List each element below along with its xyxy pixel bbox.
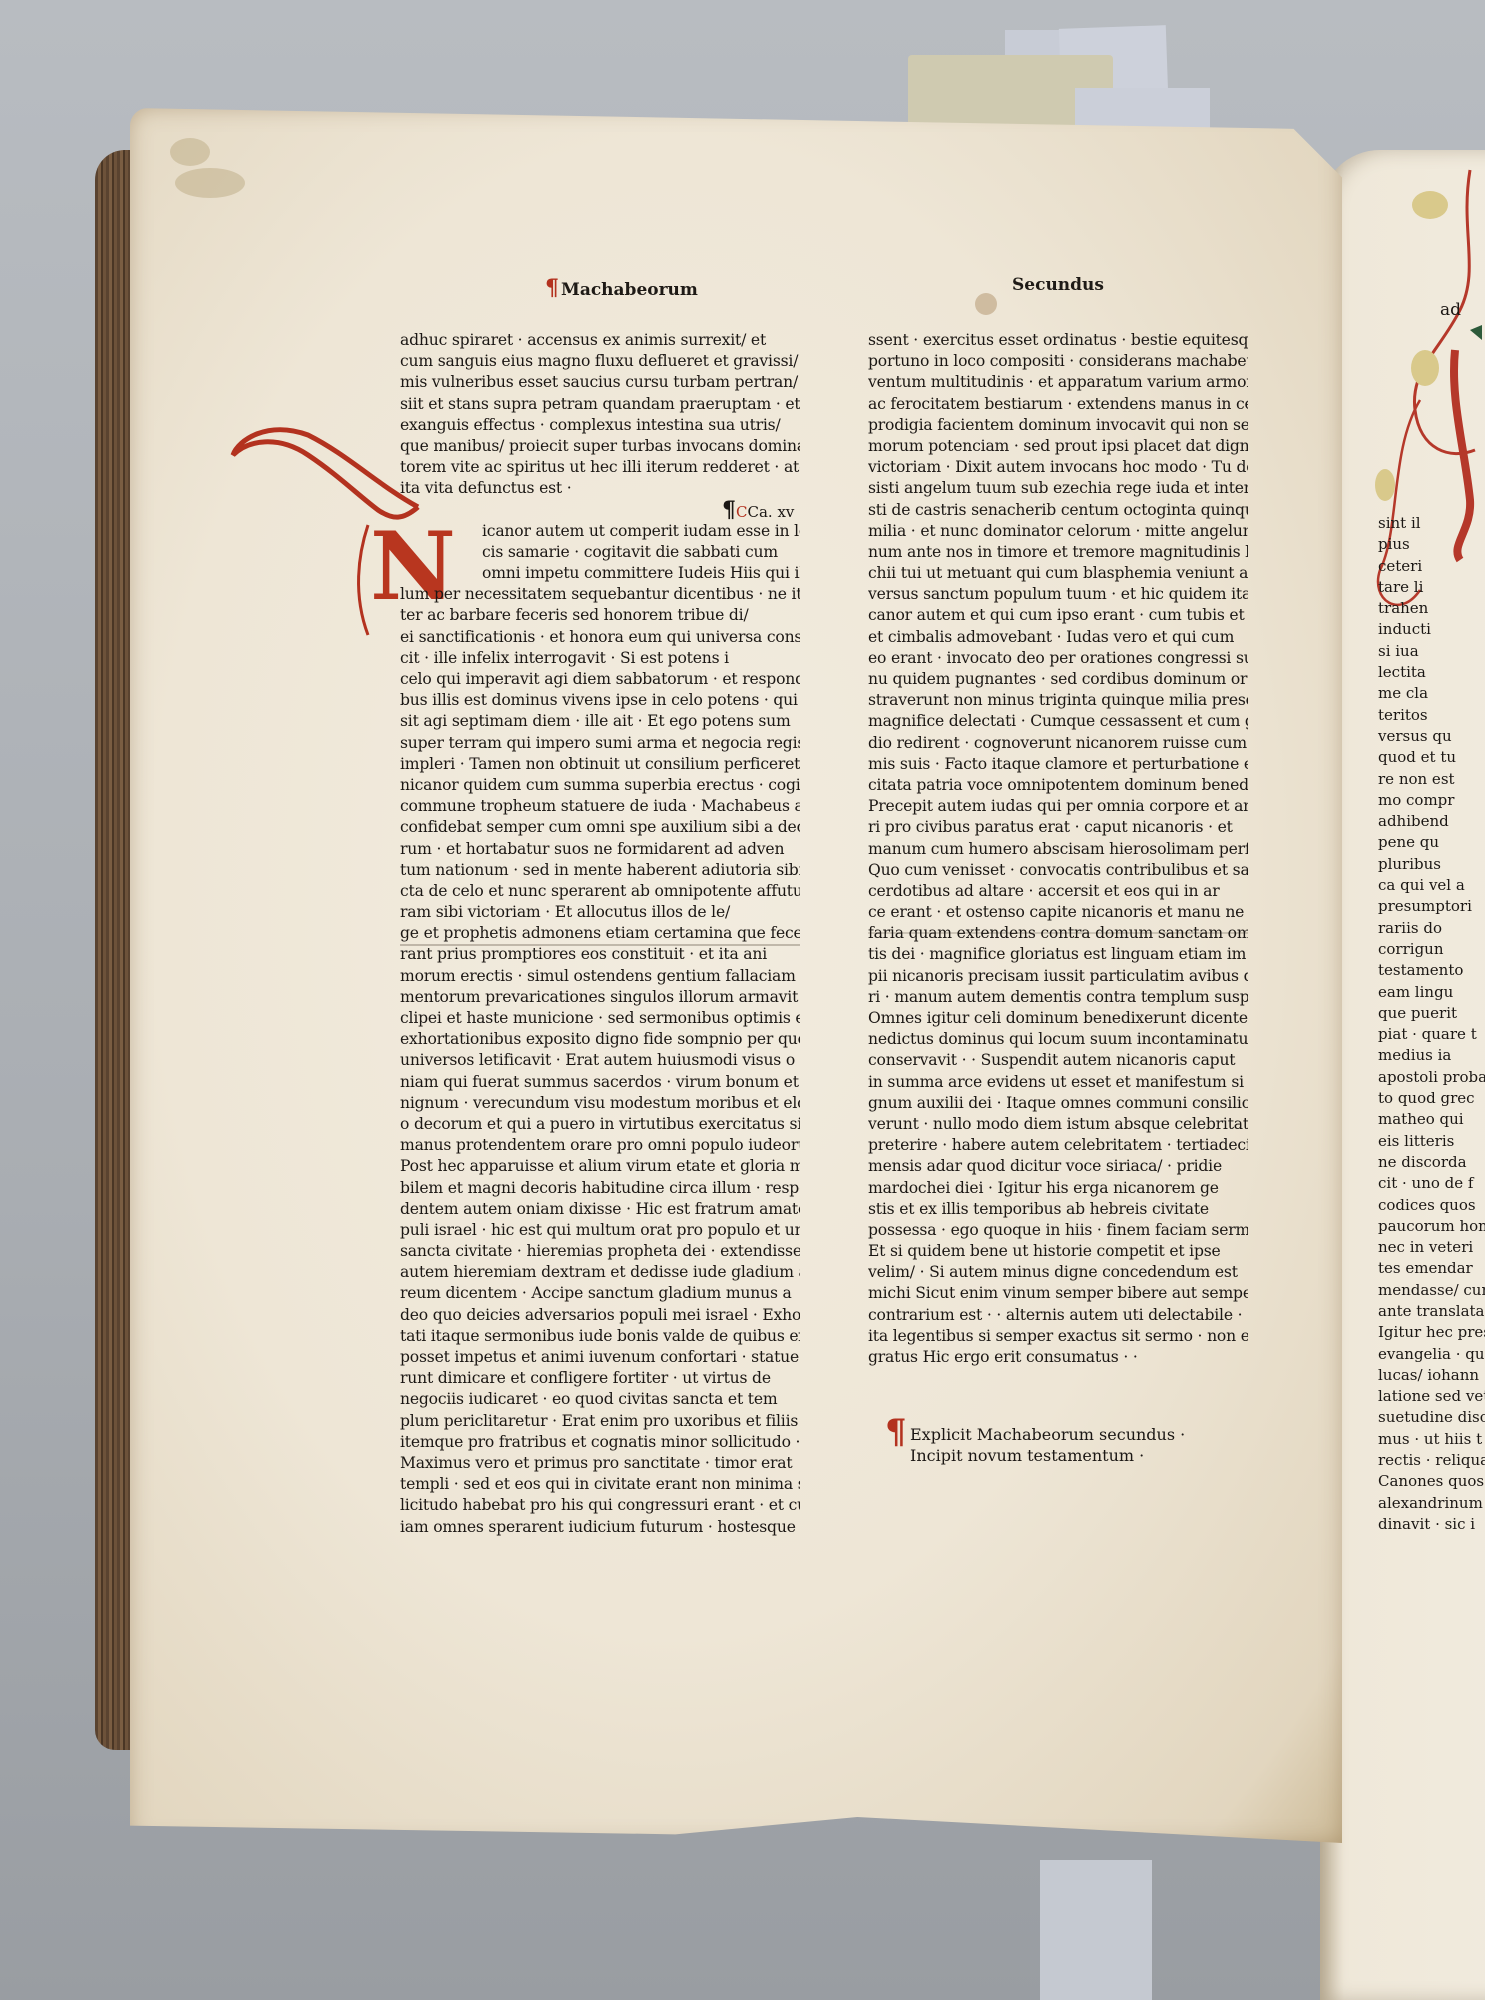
- text-line: Post hec apparuisse et alium virum etate…: [400, 1156, 800, 1177]
- text-line: nec in veteri: [1378, 1237, 1485, 1258]
- text-line: mis suis · Facto itaque clamore et pertu…: [868, 754, 1248, 775]
- text-line: runt dimicare et confligere fortiter · u…: [400, 1368, 800, 1389]
- text-line: Igitur hec presen: [1378, 1322, 1485, 1343]
- text-line: nicanor quidem cum summa superbia erectu…: [400, 775, 800, 796]
- text-line: codices quos: [1378, 1195, 1485, 1216]
- text-line: cit · ille infelix interrogavit · Si est…: [400, 648, 800, 669]
- text-line: gnum auxilii dei · Itaque omnes communi …: [868, 1093, 1248, 1114]
- text-line: rum · et hortabatur suos ne formidarent …: [400, 839, 800, 860]
- right-page-heading-fragment: ad: [1440, 300, 1461, 320]
- text-line: cerdotibus ad altare · accersit et eos q…: [868, 881, 1248, 902]
- explicit-colophon: ¶ Explicit Machabeorum secundus · Incipi…: [910, 1424, 1185, 1466]
- text-line: versus sanctum populum tuum · et hic qui…: [868, 584, 1248, 605]
- text-line: mo compr: [1378, 790, 1485, 811]
- text-line: tum nationum · sed in mente haberent adi…: [400, 860, 800, 881]
- text-line: Et si quidem bene ut historie competit e…: [868, 1241, 1248, 1262]
- stain: [175, 168, 245, 198]
- text-line: trahen: [1378, 598, 1485, 619]
- text-line: apostoli proba: [1378, 1067, 1485, 1088]
- text-line: lum per necessitatem sequebantur dicenti…: [400, 584, 800, 605]
- text-line: num ante nos in timore et tremore magnit…: [868, 542, 1248, 563]
- text-line: reum dicentem · Accipe sanctum gladium m…: [400, 1283, 800, 1304]
- stain: [975, 293, 997, 315]
- text-column-left: adhuc spiraret · accensus ex animis surr…: [400, 330, 800, 1538]
- text-line: gratus Hic ergo erit consumatus · ·: [868, 1347, 1248, 1368]
- text-line: magnifice delectati · Cumque cessassent …: [868, 711, 1248, 732]
- text-line: mensis adar quod dicitur voce siriaca/ ·…: [868, 1156, 1248, 1177]
- text-line: contrarium est · · alternis autem uti de…: [868, 1305, 1248, 1326]
- text-line: deo quo deicies adversarios populi mei i…: [400, 1305, 800, 1326]
- text-line: itemque pro fratribus et cognatis minor …: [400, 1432, 800, 1453]
- text-line: mis vulneribus esset saucius cursu turba…: [400, 372, 800, 393]
- text-line: ventum multitudinis · et apparatum variu…: [868, 372, 1248, 393]
- text-line: versus qu: [1378, 726, 1485, 747]
- text-line: que manibus/ proiecit super turbas invoc…: [400, 436, 800, 457]
- text-line: mendasse/ cum: [1378, 1280, 1485, 1301]
- text-line: re non est: [1378, 769, 1485, 790]
- text-line: portuno in loco compositi · considerans …: [868, 351, 1248, 372]
- text-line: medius ia: [1378, 1045, 1485, 1066]
- text-line: paucorum hom: [1378, 1216, 1485, 1237]
- text-line: licitudo habebat pro his qui congressuri…: [400, 1495, 800, 1516]
- text-line: ei sanctificationis · et honora eum qui …: [400, 627, 800, 648]
- text-line: nedictus dominus qui locum suum incontam…: [868, 1029, 1248, 1050]
- text-line: ri pro civibus paratus erat · caput nica…: [868, 817, 1248, 838]
- text-line: adhibend: [1378, 811, 1485, 832]
- text-line: commune tropheum statuere de iuda · Mach…: [400, 796, 800, 817]
- text-line: ca qui vel a: [1378, 875, 1485, 896]
- text-line: michi Sicut enim vinum semper bibere aut…: [868, 1283, 1248, 1304]
- text-line: ter ac barbare feceris sed honorem tribu…: [400, 605, 800, 626]
- text-line: lucas/ iohann: [1378, 1365, 1485, 1386]
- text-line: plum periclitaretur · Erat enim pro uxor…: [400, 1411, 800, 1432]
- text-line: ram sibi victoriam · Et allocutus illos …: [400, 902, 800, 923]
- text-line: eis litteris: [1378, 1131, 1485, 1152]
- text-line: ge et prophetis admonens etiam certamina…: [400, 923, 800, 944]
- text-line: puli israel · hic est qui multum orat pr…: [400, 1220, 800, 1241]
- text-line: sint il: [1378, 513, 1485, 534]
- text-line: cta de celo et nunc sperarent ab omnipot…: [400, 881, 800, 902]
- text-line: velim/ · Si autem minus digne concedendu…: [868, 1262, 1248, 1283]
- text-line: ac ferocitatem bestiarum · extendens man…: [868, 394, 1248, 415]
- text-line: ita vita defunctus est ·: [400, 478, 800, 499]
- text-line: rectis · reliqua: [1378, 1450, 1485, 1471]
- running-head-right: Secundus: [1012, 275, 1104, 295]
- text-line: prodigia facientem dominum invocavit qui…: [868, 415, 1248, 436]
- text-line: ita legentibus si semper exactus sit ser…: [868, 1326, 1248, 1347]
- text-line: templi · sed et eos qui in civitate eran…: [400, 1474, 800, 1495]
- text-line: bus illis est dominus vivens ipse in cel…: [400, 690, 800, 711]
- text-line: ante translata: [1378, 1301, 1485, 1322]
- text-line: universos letificavit · Erat autem huius…: [400, 1050, 800, 1071]
- text-column-right: ssent · exercitus esset ordinatus · best…: [868, 330, 1248, 1368]
- text-line: sit agi septimam diem · ille ait · Et eg…: [400, 711, 800, 732]
- text-line: autem hieremiam dextram et dedisse iude …: [400, 1262, 800, 1283]
- text-line: stis et ex illis temporibus ab hebreis c…: [868, 1199, 1248, 1220]
- text-line: manum cum humero abscisam hierosolimam p…: [868, 839, 1248, 860]
- text-line: pene qu: [1378, 832, 1485, 853]
- text-line: testamento: [1378, 960, 1485, 981]
- text-line: nu quidem pugnantes · sed cordibus domin…: [868, 669, 1248, 690]
- text-line: suetudine disc: [1378, 1407, 1485, 1428]
- text-line: posset impetus et animi iuvenum conforta…: [400, 1347, 800, 1368]
- text-line: verunt · nullo modo diem istum absque ce…: [868, 1114, 1248, 1135]
- text-line: icanor autem ut comperit iudam esse in l…: [400, 521, 800, 542]
- text-line: alexandrinum sec: [1378, 1493, 1485, 1514]
- text-line: mentorum prevaricationes singulos illoru…: [400, 987, 800, 1008]
- text-line: [400, 500, 800, 521]
- text-line: torem vite ac spiritus ut hec illi iteru…: [400, 457, 800, 478]
- text-line: lectita: [1378, 662, 1485, 683]
- text-line: to quod grec: [1378, 1088, 1485, 1109]
- text-line: ri · manum autem dementis contra templum…: [868, 987, 1248, 1008]
- text-line: Canones quos que: [1378, 1471, 1485, 1492]
- text-line: o decorum et qui a puero in virtutibus e…: [400, 1114, 800, 1135]
- text-line: mus · ut hiis t: [1378, 1429, 1485, 1450]
- text-line: tis dei · magnifice gloriatus est lingua…: [868, 944, 1248, 965]
- text-line: dio redirent · cognoverunt nicanorem rui…: [868, 733, 1248, 754]
- text-line: Precepit autem iudas qui per omnia corpo…: [868, 796, 1248, 817]
- text-line: ceteri: [1378, 556, 1485, 577]
- text-line: pluribus: [1378, 854, 1485, 875]
- text-line: Omnes igitur celi dominum benedixerunt d…: [868, 1008, 1248, 1029]
- text-line: clipei et haste municione · sed sermonib…: [400, 1008, 800, 1029]
- text-line: exhortationibus exposito digno fide somp…: [400, 1029, 800, 1050]
- right-page-text-fragment: sint ilpiusceteritare litraheninductisi …: [1378, 513, 1485, 1535]
- text-line: evangelia · que: [1378, 1344, 1485, 1365]
- text-line: milia · et nunc dominator celorum · mitt…: [868, 521, 1248, 542]
- text-line: corrigun: [1378, 939, 1485, 960]
- text-line: et cimbalis admovebant · Iudas vero et q…: [868, 627, 1248, 648]
- text-line: rant prius promptiores eos constituit · …: [400, 944, 800, 965]
- text-line: pius: [1378, 534, 1485, 555]
- text-line: adhuc spiraret · accensus ex animis surr…: [400, 330, 800, 351]
- pilcrow-icon: ¶: [545, 275, 559, 301]
- text-line: straverunt non minus triginta quinque mi…: [868, 690, 1248, 711]
- text-line: quod et tu: [1378, 747, 1485, 768]
- text-line: canor autem et qui cum ipso erant · cum …: [868, 605, 1248, 626]
- text-line: sancta civitate · hieremias propheta dei…: [400, 1241, 800, 1262]
- text-line: chii tui ut metuant qui cum blasphemia v…: [868, 563, 1248, 584]
- text-line: nignum · verecundum visu modestum moribu…: [400, 1093, 800, 1114]
- explicit-line: Explicit Machabeorum secundus ·: [910, 1424, 1185, 1445]
- running-head-text: Machabeorum: [561, 280, 698, 300]
- text-line: eam lingu: [1378, 982, 1485, 1003]
- text-line: me cla: [1378, 683, 1485, 704]
- text-line: ssent · exercitus esset ordinatus · best…: [868, 330, 1248, 351]
- text-line: si iua: [1378, 641, 1485, 662]
- pilcrow-icon: ¶: [885, 1422, 907, 1443]
- text-line: preterire · habere autem celebritatem · …: [868, 1135, 1248, 1156]
- text-line: tes emendar: [1378, 1258, 1485, 1279]
- text-line: que puerit: [1378, 1003, 1485, 1024]
- text-line: bilem et magni decoris habitudine circa …: [400, 1178, 800, 1199]
- text-line: ne discorda: [1378, 1152, 1485, 1173]
- text-line: Maximus vero et primus pro sanctitate · …: [400, 1453, 800, 1474]
- text-line: faria quam extendens contra domum sancta…: [868, 923, 1248, 944]
- text-line: dinavit · sic i: [1378, 1514, 1485, 1535]
- text-line: morum potenciam · sed prout ipsi placet …: [868, 436, 1248, 457]
- text-line: ce erant · et ostenso capite nicanoris e…: [868, 902, 1248, 923]
- text-line: piat · quare t: [1378, 1024, 1485, 1045]
- text-line: cis samarie · cogitavit die sabbati cum: [400, 542, 800, 563]
- text-line: teritos: [1378, 705, 1485, 726]
- text-line: possessa · ego quoque in hiis · finem fa…: [868, 1220, 1248, 1241]
- text-line: confidebat semper cum omni spe auxilium …: [400, 817, 800, 838]
- text-line: in summa arce evidens ut esset et manife…: [868, 1072, 1248, 1093]
- text-line: tare li: [1378, 577, 1485, 598]
- text-line: super terram qui impero sumi arma et neg…: [400, 733, 800, 754]
- text-line: exanguis effectus · complexus intestina …: [400, 415, 800, 436]
- text-line: manus protendentem orare pro omni populo…: [400, 1135, 800, 1156]
- text-line: conservavit · · Suspendit autem nicanori…: [868, 1050, 1248, 1071]
- text-line: Quo cum venisset · convocatis contribuli…: [868, 860, 1248, 881]
- text-line: morum erectis · simul ostendens gentium …: [400, 966, 800, 987]
- text-line: tati itaque sermonibus iude bonis valde …: [400, 1326, 800, 1347]
- text-line: siit et stans supra petram quandam praer…: [400, 394, 800, 415]
- text-line: latione sed veter: [1378, 1386, 1485, 1407]
- text-line: iam omnes sperarent iudicium futurum · h…: [400, 1517, 800, 1538]
- text-line: rariis do: [1378, 918, 1485, 939]
- stain: [170, 138, 210, 166]
- running-head-left: ¶Machabeorum: [545, 275, 698, 301]
- text-line: presumptori: [1378, 896, 1485, 917]
- text-line: citata patria voce omnipotentem dominum …: [868, 775, 1248, 796]
- paper-slip: [1040, 1860, 1152, 2000]
- text-line: sisti angelum tuum sub ezechia rege iuda…: [868, 478, 1248, 499]
- text-line: dentem autem oniam dixisse · Hic est fra…: [400, 1199, 800, 1220]
- text-line: inducti: [1378, 619, 1485, 640]
- text-line: cit · uno de f: [1378, 1173, 1485, 1194]
- text-line: mardochei diei · Igitur his erga nicanor…: [868, 1178, 1248, 1199]
- text-line: impleri · Tamen non obtinuit ut consiliu…: [400, 754, 800, 775]
- text-line: matheo qui: [1378, 1109, 1485, 1130]
- text-line: eo erant · invocato deo per orationes co…: [868, 648, 1248, 669]
- text-line: niam qui fuerat summus sacerdos · virum …: [400, 1072, 800, 1093]
- text-line: celo qui imperavit agi diem sabbatorum ·…: [400, 669, 800, 690]
- text-line: omni impetu committere Iudeis Hiis qui i…: [400, 563, 800, 584]
- text-line: victoriam · Dixit autem invocans hoc mod…: [868, 457, 1248, 478]
- text-line: pii nicanoris precisam iussit particulat…: [868, 966, 1248, 987]
- incipit-line: Incipit novum testamentum ·: [910, 1445, 1185, 1466]
- text-line: sti de castris senacherib centum octogin…: [868, 500, 1248, 521]
- text-line: cum sanguis eius magno fluxu deflueret e…: [400, 351, 800, 372]
- text-line: negociis iudicaret · eo quod civitas san…: [400, 1389, 800, 1410]
